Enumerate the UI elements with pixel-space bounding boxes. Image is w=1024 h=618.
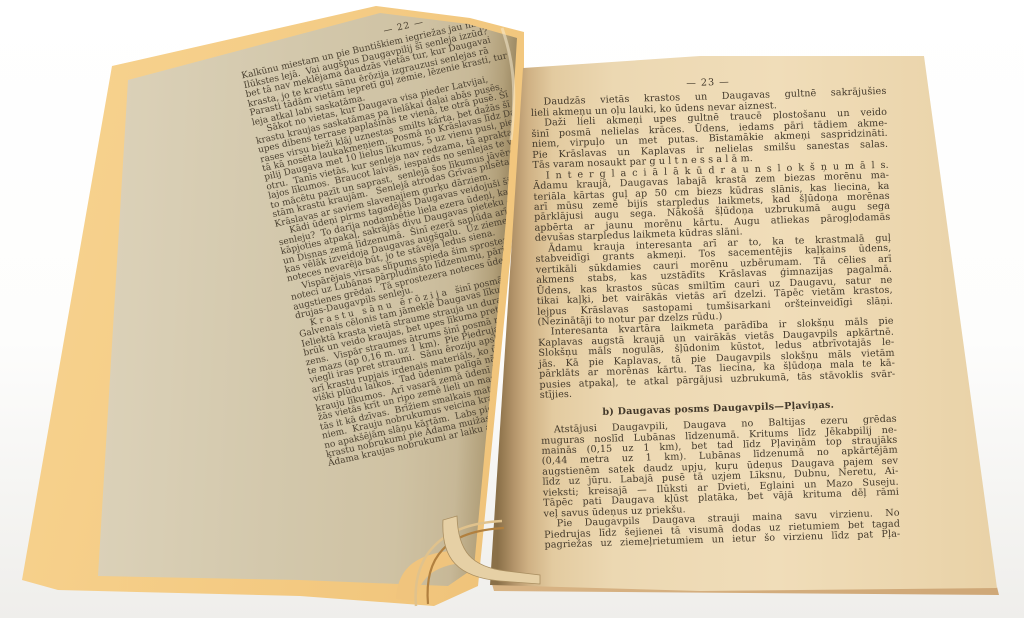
right-page-text: — 23 —Daudzās vietās krastos un Daugavas… [530, 73, 901, 551]
paragraph: Ādamu krauja interesanta arī ar to, ka t… [535, 234, 893, 329]
paragraph: I n t e r g l a c i ā l ā k ū d r a u n … [533, 160, 891, 244]
photo-background: — 22 —Kalkūnu miestam un pie Buntiškiem … [0, 0, 1024, 618]
paragraph: Interesanta kvartāra laikmeta parādība i… [538, 317, 896, 401]
paragraph: Atstājusi Daugavpili, Daugava no Baltija… [541, 415, 900, 520]
